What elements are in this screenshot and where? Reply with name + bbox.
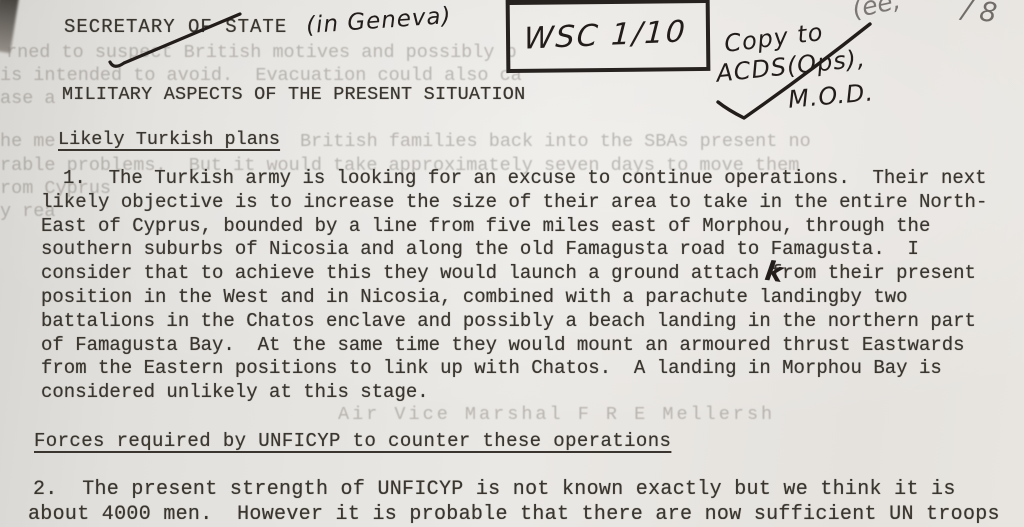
bleedthrough-text: he me (0, 131, 56, 152)
bleedthrough-text: is intended to avoid. Evacuation could a… (0, 65, 522, 86)
bleedthrough-text: rned to suspect British motives and poss… (6, 42, 517, 63)
approval-tick-icon (98, 6, 248, 70)
section-heading-forces-required: Forces required by UNFICYP to counter th… (34, 430, 671, 452)
corner-scribble: / 8 (960, 0, 999, 29)
bleedthrough-text: British families back into the SBAs pres… (300, 131, 811, 152)
bleedthrough-text: ase a (0, 88, 56, 109)
section-heading-turkish-plans: Likely Turkish plans (58, 129, 280, 150)
reference-number: WSC 1/10 (523, 14, 688, 56)
copy-tick-icon (702, 12, 882, 124)
bleedthrough-text: Air Vice Marshal F R E Mellersh (338, 404, 775, 425)
document-page: rned to suspect British motives and poss… (0, 0, 1024, 527)
reference-box: WSC 1/10 (506, 0, 711, 73)
document-title: MILITARY ASPECTS OF THE PRESENT SITUATIO… (62, 84, 525, 105)
location-annotation: (in Geneva) (305, 3, 452, 39)
paragraph-1: 1. The Turkish army is looking for an ex… (41, 167, 987, 405)
paragraph-2: 2. The present strength of UNFICYP is no… (28, 478, 1000, 527)
